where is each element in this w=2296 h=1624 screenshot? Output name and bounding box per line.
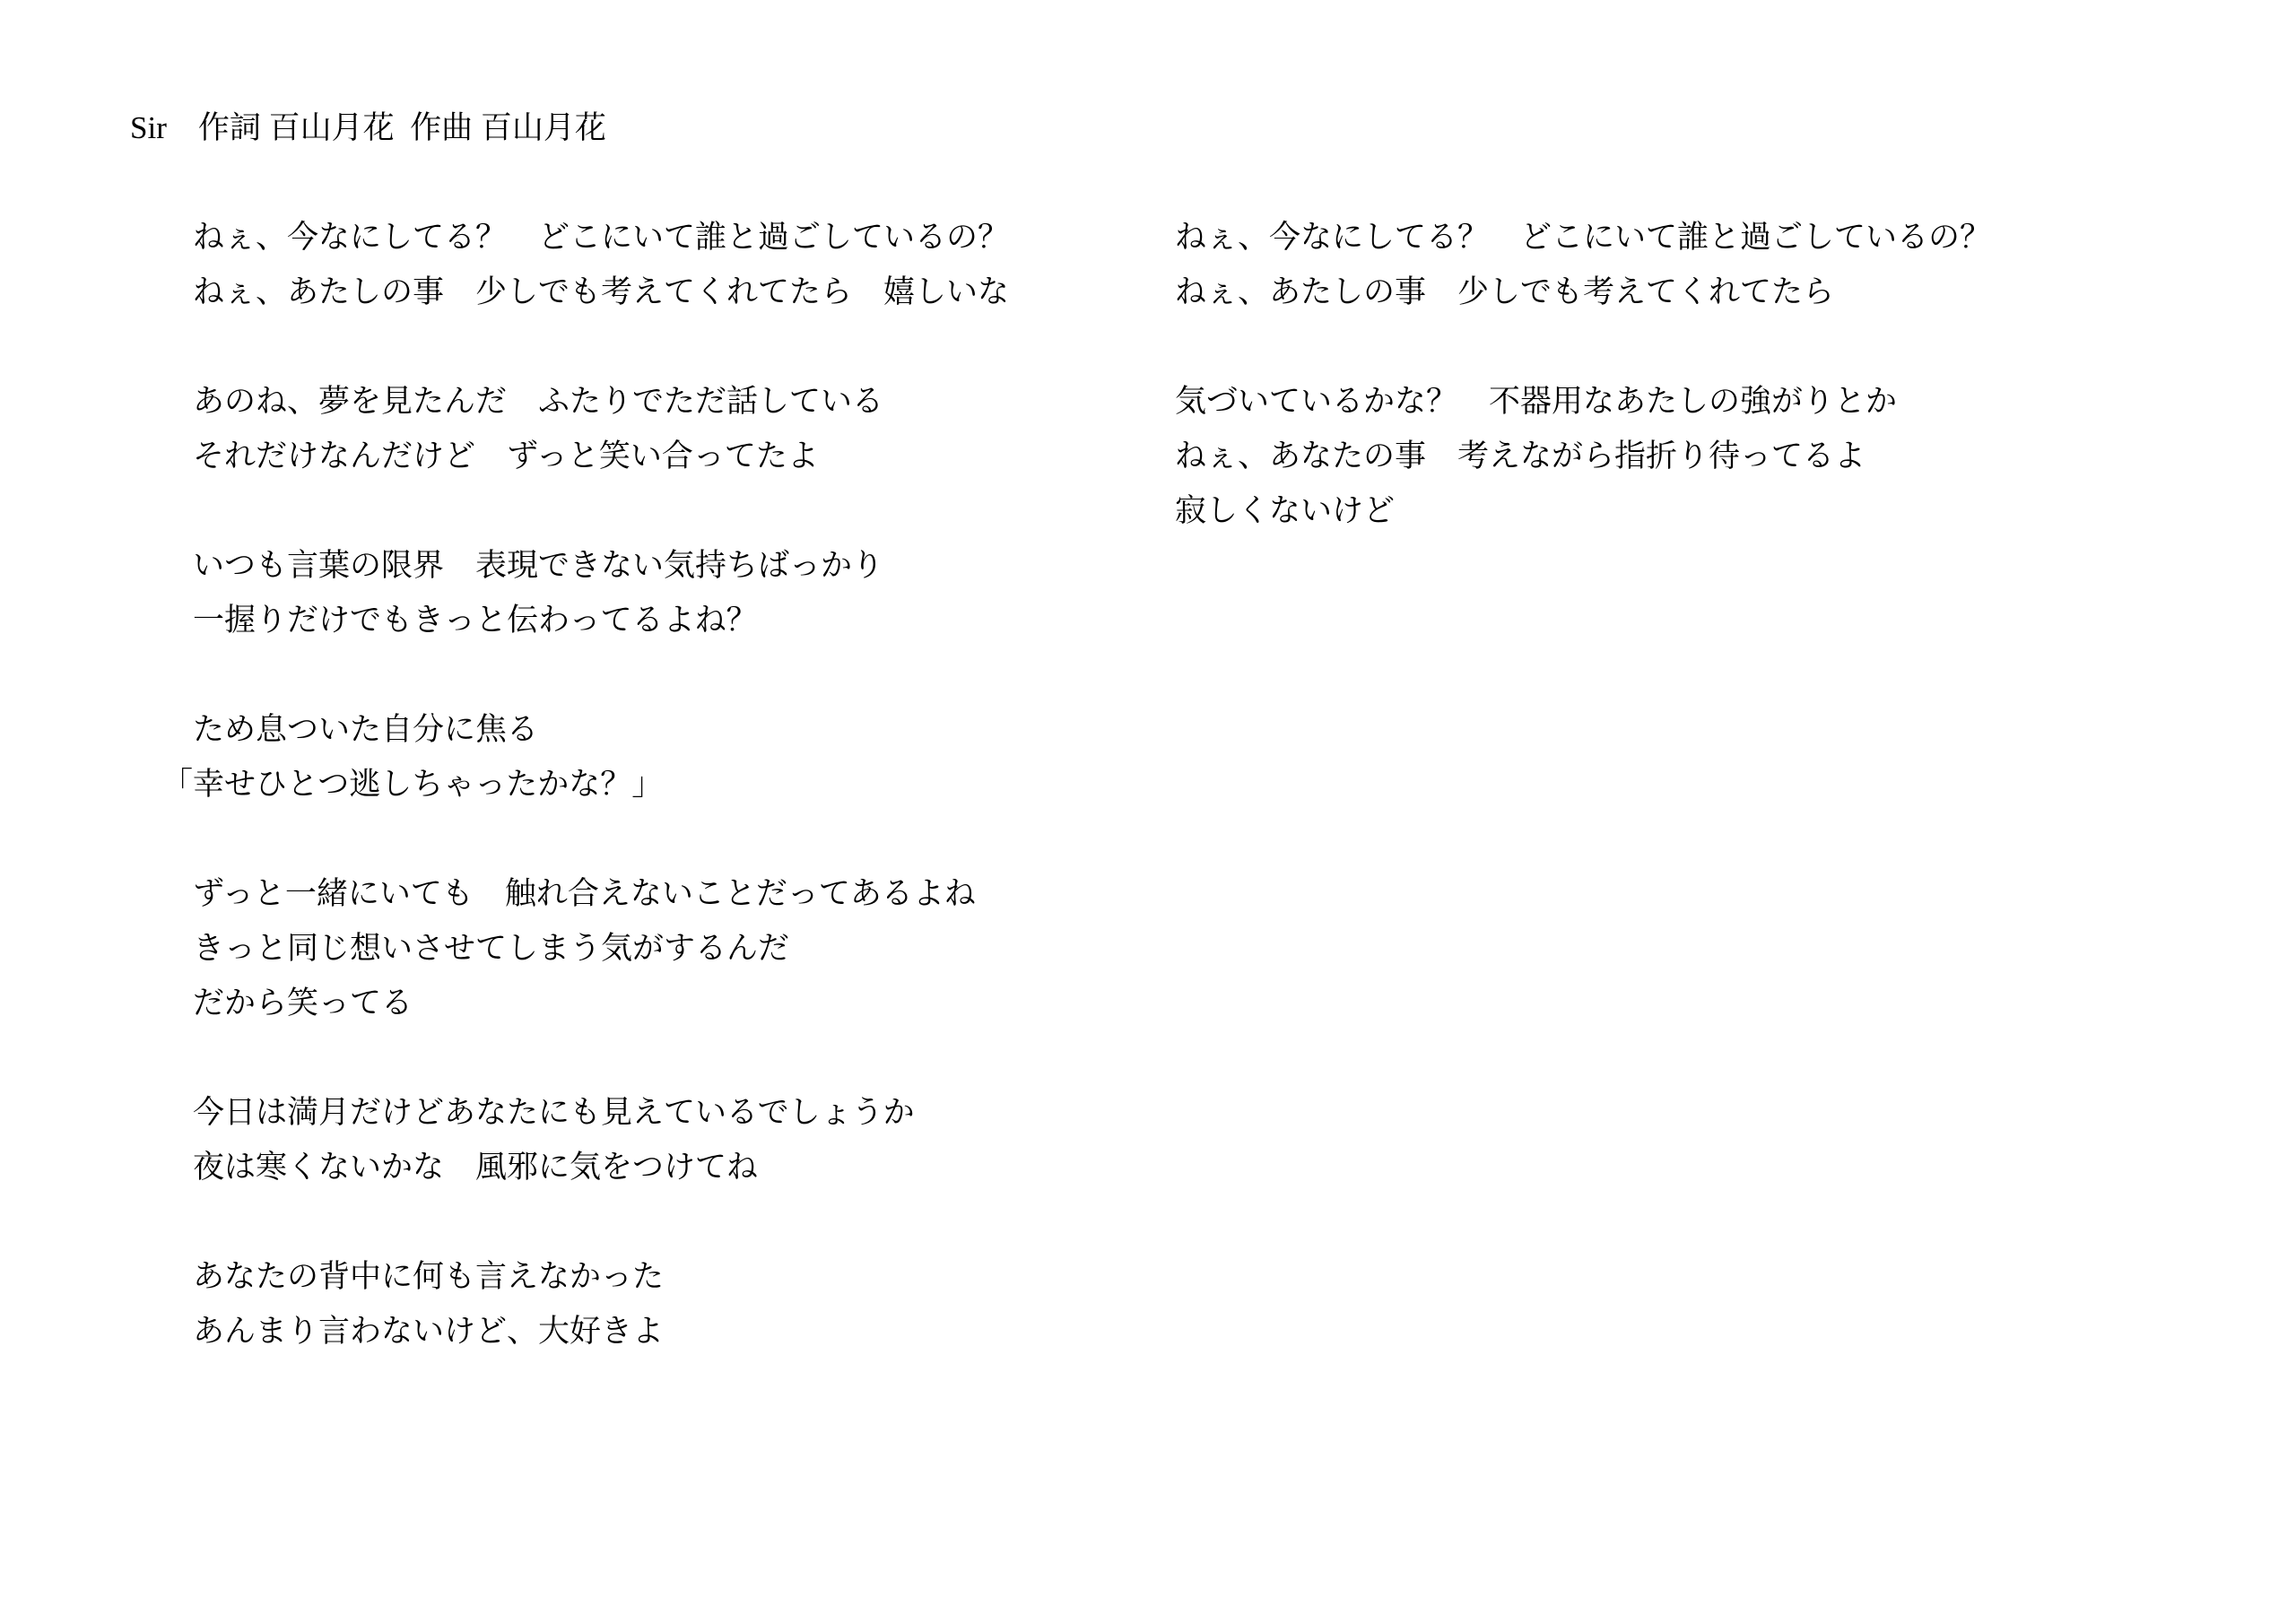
lyric-line: いつも言葉の限界 表現できない気持ちばっかり <box>130 538 1009 593</box>
lyric-line: 「幸せひとつ逃しちゃったかな？」 <box>130 757 1009 812</box>
lyric-stanza: ずっと一緒にいても 触れ合えないことだってあるよねきっと同じ想いさせてしまう気が… <box>130 866 1009 1030</box>
lyric-line: ねぇ、あたしの事 少しでも考えてくれてたら <box>1112 265 1991 319</box>
lyrics-column-left: ねぇ、今なにしてる？ どこにいて誰と過ごしているの？ねぇ、あたしの事 少しでも考… <box>130 210 1009 1413</box>
lyric-stanza: ねぇ、今なにしてる？ どこにいて誰と過ごしているの？ねぇ、あたしの事 少しでも考… <box>1112 210 1991 319</box>
lyric-sheet-page: Sir 作詞 百山月花 作曲 百山月花 ねぇ、今なにしてる？ どこにいて誰と過ご… <box>0 0 2296 1624</box>
lyric-stanza: 気づいているかな？ 不器用なあたしの強がりとかねぇ、あなたの事 考えながら指折り… <box>1112 374 1991 538</box>
lyric-line: ねぇ、あたしの事 少しでも考えてくれてたら 嬉しいな <box>130 265 1009 319</box>
lyric-stanza: 今日は満月だけどあなたにも見えているでしょうか夜は寒くないかな 風邪に気をつけて… <box>130 1085 1009 1194</box>
lyric-line: あのね、夢を見たんだ ふたりでただ話している <box>130 374 1009 429</box>
lyric-line: だから笑ってる <box>130 976 1009 1030</box>
lyric-stanza: あなたの背中に何も言えなかったあんまり言わないけど、大好きよ <box>130 1249 1009 1359</box>
song-title-line: Sir 作詞 百山月花 作曲 百山月花 <box>130 100 606 155</box>
lyric-line: それだけなんだけど ずっと笑い合ってたよ <box>130 429 1009 483</box>
lyric-stanza: ため息ついた自分に焦る「幸せひとつ逃しちゃったかな？」 <box>130 702 1009 812</box>
lyric-line: きっと同じ想いさせてしまう気がするんだ <box>130 921 1009 976</box>
lyric-line: 気づいているかな？ 不器用なあたしの強がりとか <box>1112 374 1991 429</box>
lyric-stanza: いつも言葉の限界 表現できない気持ちばっかり一握りだけでもきっと伝わってるよね？ <box>130 538 1009 647</box>
lyric-line: 一握りだけでもきっと伝わってるよね？ <box>130 593 1009 647</box>
lyric-line: あんまり言わないけど、大好きよ <box>130 1304 1009 1359</box>
lyric-line: あなたの背中に何も言えなかった <box>130 1249 1009 1304</box>
lyric-line: ずっと一緒にいても 触れ合えないことだってあるよね <box>130 866 1009 921</box>
lyric-stanza: ねぇ、今なにしてる？ どこにいて誰と過ごしているの？ねぇ、あたしの事 少しでも考… <box>130 210 1009 319</box>
lyric-line: ねぇ、今なにしてる？ どこにいて誰と過ごしているの？ <box>130 210 1009 265</box>
lyric-line: ため息ついた自分に焦る <box>130 702 1009 757</box>
lyric-line: 夜は寒くないかな 風邪に気をつけてね <box>130 1140 1009 1194</box>
lyric-line: ねぇ、あなたの事 考えながら指折り待ってるよ <box>1112 429 1991 483</box>
lyric-line: ねぇ、今なにしてる？ どこにいて誰と過ごしているの？ <box>1112 210 1991 265</box>
lyric-line: 寂しくないけど <box>1112 483 1991 538</box>
lyric-line: 今日は満月だけどあなたにも見えているでしょうか <box>130 1085 1009 1140</box>
lyrics-column-right: ねぇ、今なにしてる？ どこにいて誰と過ごしているの？ねぇ、あたしの事 少しでも考… <box>1112 210 1991 593</box>
lyric-stanza: あのね、夢を見たんだ ふたりでただ話しているそれだけなんだけど ずっと笑い合って… <box>130 374 1009 483</box>
